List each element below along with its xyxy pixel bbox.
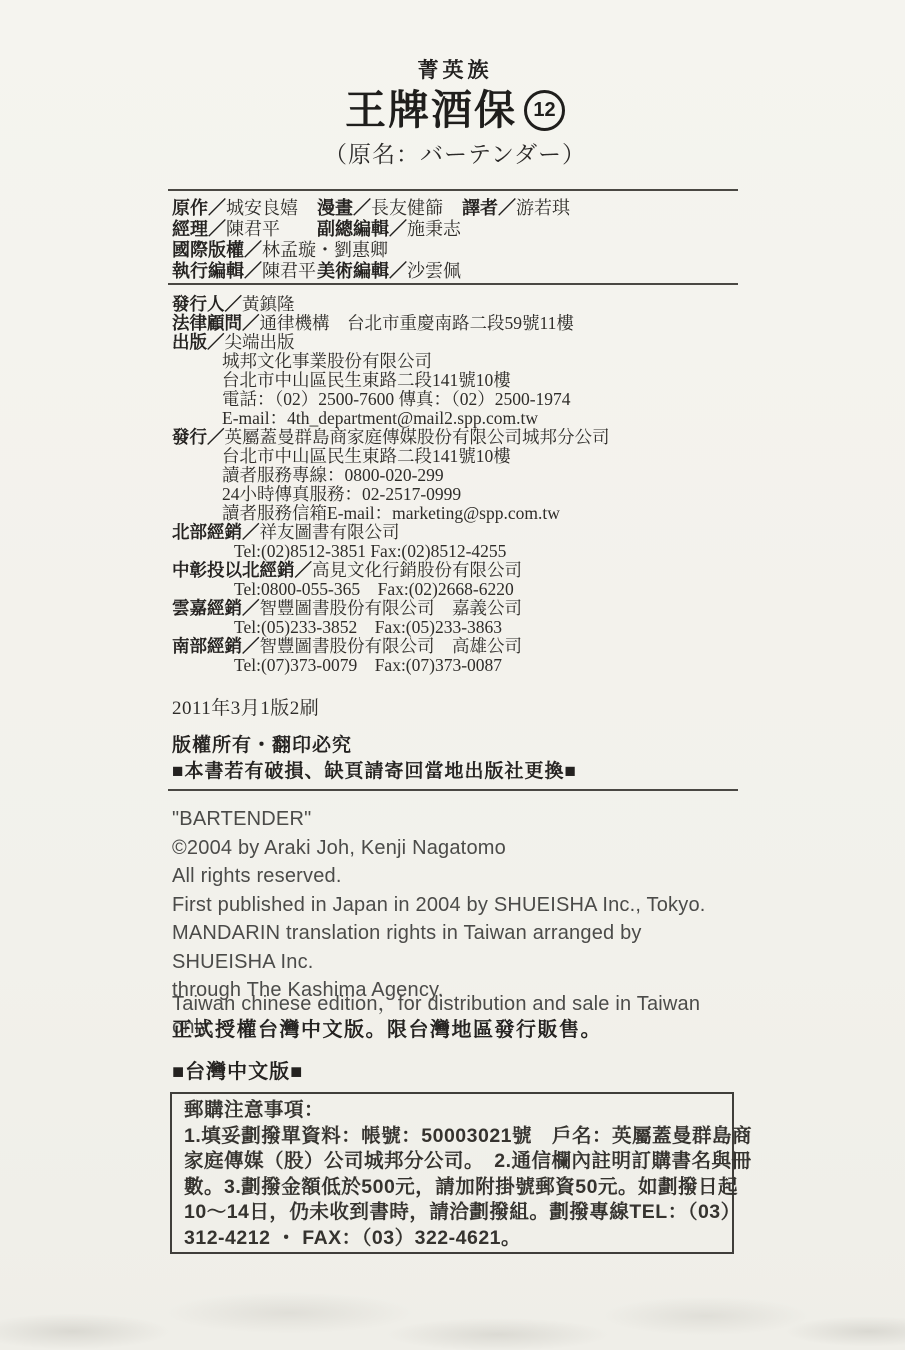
book-title: 王牌酒保 [345, 88, 517, 133]
distributor-line: 中彰投以北經銷／高見文化行銷股份有限公司 [172, 561, 738, 580]
credit-label: 執行編輯／ [172, 261, 262, 281]
copyright-notice: 版權所有・翻印必究 [172, 733, 738, 759]
mail-order-title: 郵購注意事項： [184, 1098, 720, 1124]
mail-order-line: 數。3.劃撥金額低於500元，請加附掛號郵資50元。如劃撥日起 [184, 1175, 720, 1201]
publisher-line: 出版／尖端出版 [172, 333, 738, 352]
field-value: 台北市中山區民生東路二段141號10樓 [222, 370, 511, 390]
divider-rule-top [168, 189, 738, 191]
distributor-phone: Tel:(02)8512-3851 Fax:(02)8512-4255 [172, 542, 738, 561]
divider-rule-notices [168, 789, 738, 791]
field-label: 北部經銷／ [172, 522, 260, 542]
field-value: 24小時傳真服務：02-2517-0999 [222, 484, 461, 504]
field-value: 電話：（02）2500-7600 傳真：（02）2500-1974 [222, 389, 571, 409]
field-value: 英屬蓋曼群島商家庭傳媒股份有限公司城邦分公司 [225, 427, 610, 447]
field-value: 祥友圖書有限公司 [260, 522, 400, 542]
field-value: 智豐圖書股份有限公司 嘉義公司 [260, 598, 523, 618]
staff-row: 原作／城安良嬉 漫畫／長友健篩 譯者／游若琪 [172, 198, 738, 219]
distributor-phone: Tel:(07)373-0079 Fax:(07)373-0087 [172, 656, 738, 675]
staff-row: 執行編輯／陳君平 美術編輯／沙雲佩 [172, 261, 738, 282]
fax-service-line: 24小時傳真服務：02-2517-0999 [172, 485, 738, 504]
publisher-line: 發行／英屬蓋曼群島商家庭傳媒股份有限公司城邦分公司 [172, 428, 738, 447]
book-title-block: 菁英族 王牌酒保 12 （原名：バーテンダー） [172, 58, 738, 170]
credit-value: 城安良嬉 [226, 198, 298, 218]
publisher-line: 台北市中山區民生東路二段141號10樓 [172, 371, 738, 390]
field-value: 智豐圖書股份有限公司 高雄公司 [260, 636, 523, 656]
credit-value: 沙雲佩 [407, 261, 461, 281]
staff-credits: 原作／城安良嬉 漫畫／長友健篩 譯者／游若琪 經理／陳君平 副總編輯／施秉志 國… [172, 198, 738, 282]
field-value: 黃鎮隆 [242, 294, 295, 314]
credit-label: 國際版權／ [172, 240, 262, 260]
scan-edge-artifact [0, 1288, 905, 1350]
field-label: 發行／ [172, 427, 225, 447]
volume-badge: 12 [524, 90, 565, 131]
field-value: E-mail：4th_department@mail2.spp.com.tw [222, 408, 538, 428]
damage-replacement-notice: ■本書若有破損、缺頁請寄回當地出版社更換■ [172, 759, 738, 785]
reader-email-line: 讀者服務信箱E-mail：marketing@spp.com.tw [172, 504, 738, 523]
distributor-phone: Tel:(05)233-3852 Fax:(05)233-3863 [172, 618, 738, 637]
field-label: 中彰投以北經銷／ [172, 560, 312, 580]
publisher-line: 法律顧問／通律機構 台北市重慶南路二段59號11樓 [172, 314, 738, 333]
english-copyright-line: ©2004 by Araki Joh, Kenji Nagatomo [172, 834, 738, 863]
main-title-row: 王牌酒保 12 [172, 88, 738, 133]
credit-value: 陳君平 [262, 261, 316, 281]
field-value: Tel:(02)8512-3851 Fax:(02)8512-4255 [234, 541, 506, 561]
mail-order-line: 312-4212 ・ FAX：（03）322-4621。 [184, 1226, 720, 1252]
publisher-line: 城邦文化事業股份有限公司 [172, 352, 738, 371]
credit-value: 陳君平 [226, 219, 280, 239]
english-rights-line: All rights reserved. [172, 862, 738, 891]
credit-value: 游若琪 [516, 198, 570, 218]
english-copyright-block: "BARTENDER" ©2004 by Araki Joh, Kenji Na… [172, 805, 738, 1005]
field-value: Tel:(07)373-0079 Fax:(07)373-0087 [234, 655, 502, 675]
staff-row: 國際版權／林孟璇・劉惠卿 [172, 240, 738, 261]
copyright-notices: 版權所有・翻印必究 ■本書若有破損、缺頁請寄回當地出版社更換■ [172, 733, 738, 785]
distributor-phone: Tel:0800-055-365 Fax:(02)2668-6220 [172, 580, 738, 599]
field-value: 城邦文化事業股份有限公司 [222, 351, 432, 371]
mail-order-box: 郵購注意事項： 1.填妥劃撥單資料：帳號：50003021號 戶名：英屬蓋曼群島… [170, 1092, 734, 1254]
divider-rule-credits [168, 283, 738, 285]
credit-label: 譯者／ [462, 198, 516, 218]
credit-label: 經理／ [172, 219, 226, 239]
staff-row: 經理／陳君平 副總編輯／施秉志 [172, 219, 738, 240]
credit-label: 原作／ [172, 198, 226, 218]
credit-value: 施秉志 [407, 219, 461, 239]
field-label: 發行人／ [172, 294, 242, 314]
reader-service-line: 讀者服務專線：0800-020-299 [172, 466, 738, 485]
printing-info: 2011年3月1版2刷 [172, 693, 738, 720]
mail-order-line: 家庭傳媒（股）公司城邦分公司。 2.通信欄內註明訂購書名與冊 [184, 1149, 720, 1175]
publisher-info: 發行人／黃鎮隆 法律顧問／通律機構 台北市重慶南路二段59號11樓 出版／尖端出… [172, 295, 738, 675]
distributor-line: 南部經銷／智豐圖書股份有限公司 高雄公司 [172, 637, 738, 656]
field-value: 台北市中山區民生東路二段141號10樓 [222, 446, 511, 466]
field-value: 高見文化行銷股份有限公司 [312, 560, 522, 580]
field-value: 讀者服務信箱E-mail：marketing@spp.com.tw [222, 503, 560, 523]
credit-label: 美術編輯／ [317, 261, 407, 281]
field-label: 出版／ [172, 332, 225, 352]
publisher-line: 電話：（02）2500-7600 傳真：（02）2500-1974 [172, 390, 738, 409]
series-name: 菁英族 [172, 58, 738, 83]
credit-label: 副總編輯／ [317, 219, 407, 239]
publisher-line: 發行人／黃鎮隆 [172, 295, 738, 314]
field-label: 南部經銷／ [172, 636, 260, 656]
field-value: 讀者服務專線：0800-020-299 [222, 465, 444, 485]
distributor-line: 雲嘉經銷／智豐圖書股份有限公司 嘉義公司 [172, 599, 738, 618]
english-publish-line: First published in Japan in 2004 by SHUE… [172, 891, 738, 920]
field-label: 雲嘉經銷／ [172, 598, 260, 618]
credit-label: 漫畫／ [317, 198, 371, 218]
publisher-line: 台北市中山區民生東路二段141號10樓 [172, 447, 738, 466]
mail-order-line: 10～14日，仍未收到書時，請洽劃撥組。劃撥專線TEL：（03） [184, 1200, 720, 1226]
field-value: Tel:(05)233-3852 Fax:(05)233-3863 [234, 617, 502, 637]
taiwan-edition-chinese: 正式授權台灣中文版。限台灣地區發行販售。 [172, 1013, 738, 1042]
credit-value: 長友健篩 [371, 198, 443, 218]
taiwan-edition-marker: ■台灣中文版■ [172, 1055, 738, 1084]
field-value: 通律機構 台北市重慶南路二段59號11樓 [260, 313, 574, 333]
field-value: 尖端出版 [225, 332, 295, 352]
field-label: 法律顧問／ [172, 313, 260, 333]
distributor-line: 北部經銷／祥友圖書有限公司 [172, 523, 738, 542]
publisher-email: E-mail：4th_department@mail2.spp.com.tw [172, 409, 738, 428]
credit-value: 林孟璇・劉惠卿 [262, 240, 388, 260]
english-translation-line: MANDARIN translation rights in Taiwan ar… [172, 919, 738, 976]
original-title: （原名：バーテンダー） [172, 140, 738, 170]
colophon-page: 菁英族 王牌酒保 12 （原名：バーテンダー） 原作／城安良嬉 漫畫／長友健篩 … [0, 0, 905, 1350]
english-title: "BARTENDER" [172, 805, 738, 834]
mail-order-line: 1.填妥劃撥單資料：帳號：50003021號 戶名：英屬蓋曼群島商 [184, 1124, 720, 1150]
field-value: Tel:0800-055-365 Fax:(02)2668-6220 [234, 579, 514, 599]
